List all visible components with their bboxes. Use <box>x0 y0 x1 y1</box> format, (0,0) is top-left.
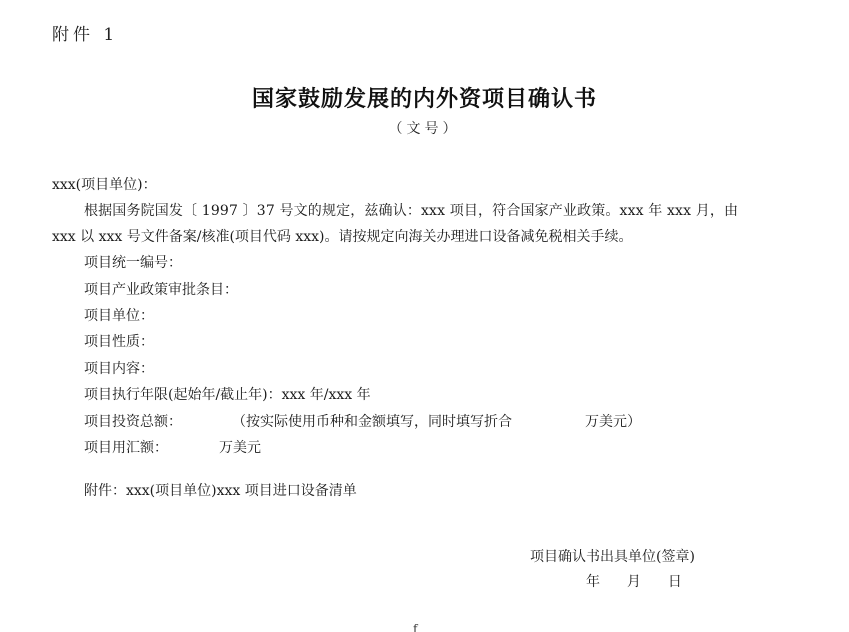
field-unified-number: 项目统一编号： <box>84 254 182 272</box>
document-number: （文号） <box>0 118 849 138</box>
date-day: 日 <box>668 571 682 591</box>
field-value: xxx 年/xxx 年 <box>282 387 371 403</box>
field-forex-amount: 项目用汇额： <box>84 439 168 457</box>
paragraph-line-1: 根据国务院国发〔 1997 〕37 号文的规定，兹确认：xxx 项目，符合国家产… <box>84 202 738 220</box>
page-number-fragment: f <box>413 622 417 632</box>
attachment-note: 附件：xxx(项目单位)xxx 项目进口设备清单 <box>84 482 357 500</box>
signature-date: 年 月 日 <box>586 571 682 591</box>
field-project-nature: 项目性质： <box>84 333 154 351</box>
field-total-investment: 项目投资总额： <box>84 413 182 431</box>
field-label: 项目内容： <box>84 361 154 377</box>
field-label: 项目统一编号： <box>84 255 182 271</box>
field-project-content: 项目内容： <box>84 360 154 378</box>
date-month: 月 <box>627 571 641 591</box>
field-label: 项目执行年限(起始年/截止年)： <box>84 387 282 403</box>
field-forex-amount-unit: 万美元 <box>219 439 261 457</box>
attachment-label: 附件 1 <box>52 20 118 45</box>
document-title: 国家鼓励发展的内外资项目确认书 <box>0 82 849 113</box>
field-label: 项目性质： <box>84 334 154 350</box>
field-label: 项目用汇额： <box>84 440 168 456</box>
field-total-investment-note: （按实际使用币种和金额填写，同时填写折合 <box>232 413 512 431</box>
field-execution-period: 项目执行年限(起始年/截止年)：xxx 年/xxx 年 <box>84 386 371 404</box>
addressee: xxx(项目单位)： <box>52 176 157 194</box>
issuer-signature: 项目确认书出具单位(签章) <box>530 546 695 566</box>
field-label: 项目投资总额： <box>84 414 182 430</box>
field-policy-item: 项目产业政策审批条目： <box>84 281 238 299</box>
paragraph-line-2: xxx 以 xxx 号文件备案/核准(项目代码 xxx)。请按规定向海关办理进口… <box>52 228 633 246</box>
field-project-unit: 项目单位： <box>84 307 154 325</box>
field-label: 项目单位： <box>84 308 154 324</box>
field-total-investment-suffix: 万美元） <box>585 413 641 431</box>
field-label: 项目产业政策审批条目： <box>84 282 238 298</box>
date-year: 年 <box>586 571 600 591</box>
